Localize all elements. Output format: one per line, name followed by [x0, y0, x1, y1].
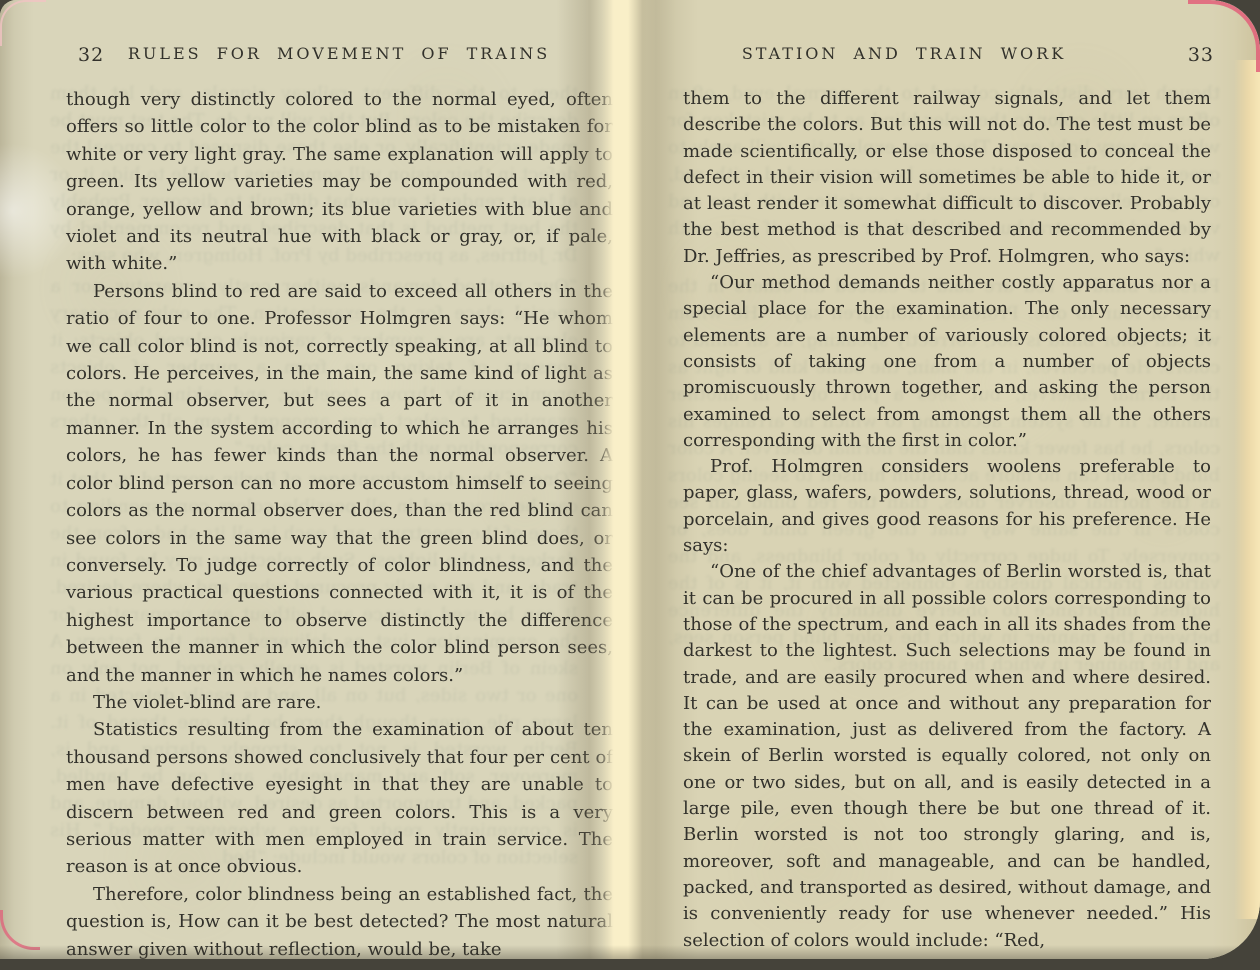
paragraph: Statistics resulting from the examinatio…	[66, 716, 613, 880]
left-page-number: 32	[78, 44, 104, 66]
right-running-head: STATION AND TRAIN WORK	[618, 44, 1260, 63]
paragraph: “Our method demands neither costly appar…	[683, 270, 1211, 454]
paragraph: Prof. Holmgren considers woolens prefera…	[683, 454, 1211, 559]
left-page-header: 32 RULES FOR MOVEMENT OF TRAINS	[0, 44, 618, 70]
right-page: though very distinctly colored to the no…	[618, 0, 1260, 959]
left-page-text: though very distinctly colored to the no…	[66, 86, 613, 959]
paragraph: Therefore, color blindness being an esta…	[66, 881, 613, 959]
page-fore-edge	[1234, 60, 1260, 919]
paragraph: Persons blind to red are said to exceed …	[66, 278, 613, 689]
right-page-header: STATION AND TRAIN WORK 33	[618, 44, 1260, 70]
paragraph: The violet-blind are rare.	[66, 689, 613, 716]
paragraph: them to the different railway signals, a…	[683, 86, 1211, 270]
left-page: them to the different railway signals, a…	[0, 0, 618, 959]
right-page-text: them to the different railway signals, a…	[683, 86, 1211, 954]
paragraph: “One of the chief advantages of Berlin w…	[683, 559, 1211, 953]
open-book-scan: them to the different railway signals, a…	[0, 0, 1260, 959]
cover-edge-top-left	[0, 0, 46, 46]
paragraph: though very distinctly colored to the no…	[66, 86, 613, 278]
